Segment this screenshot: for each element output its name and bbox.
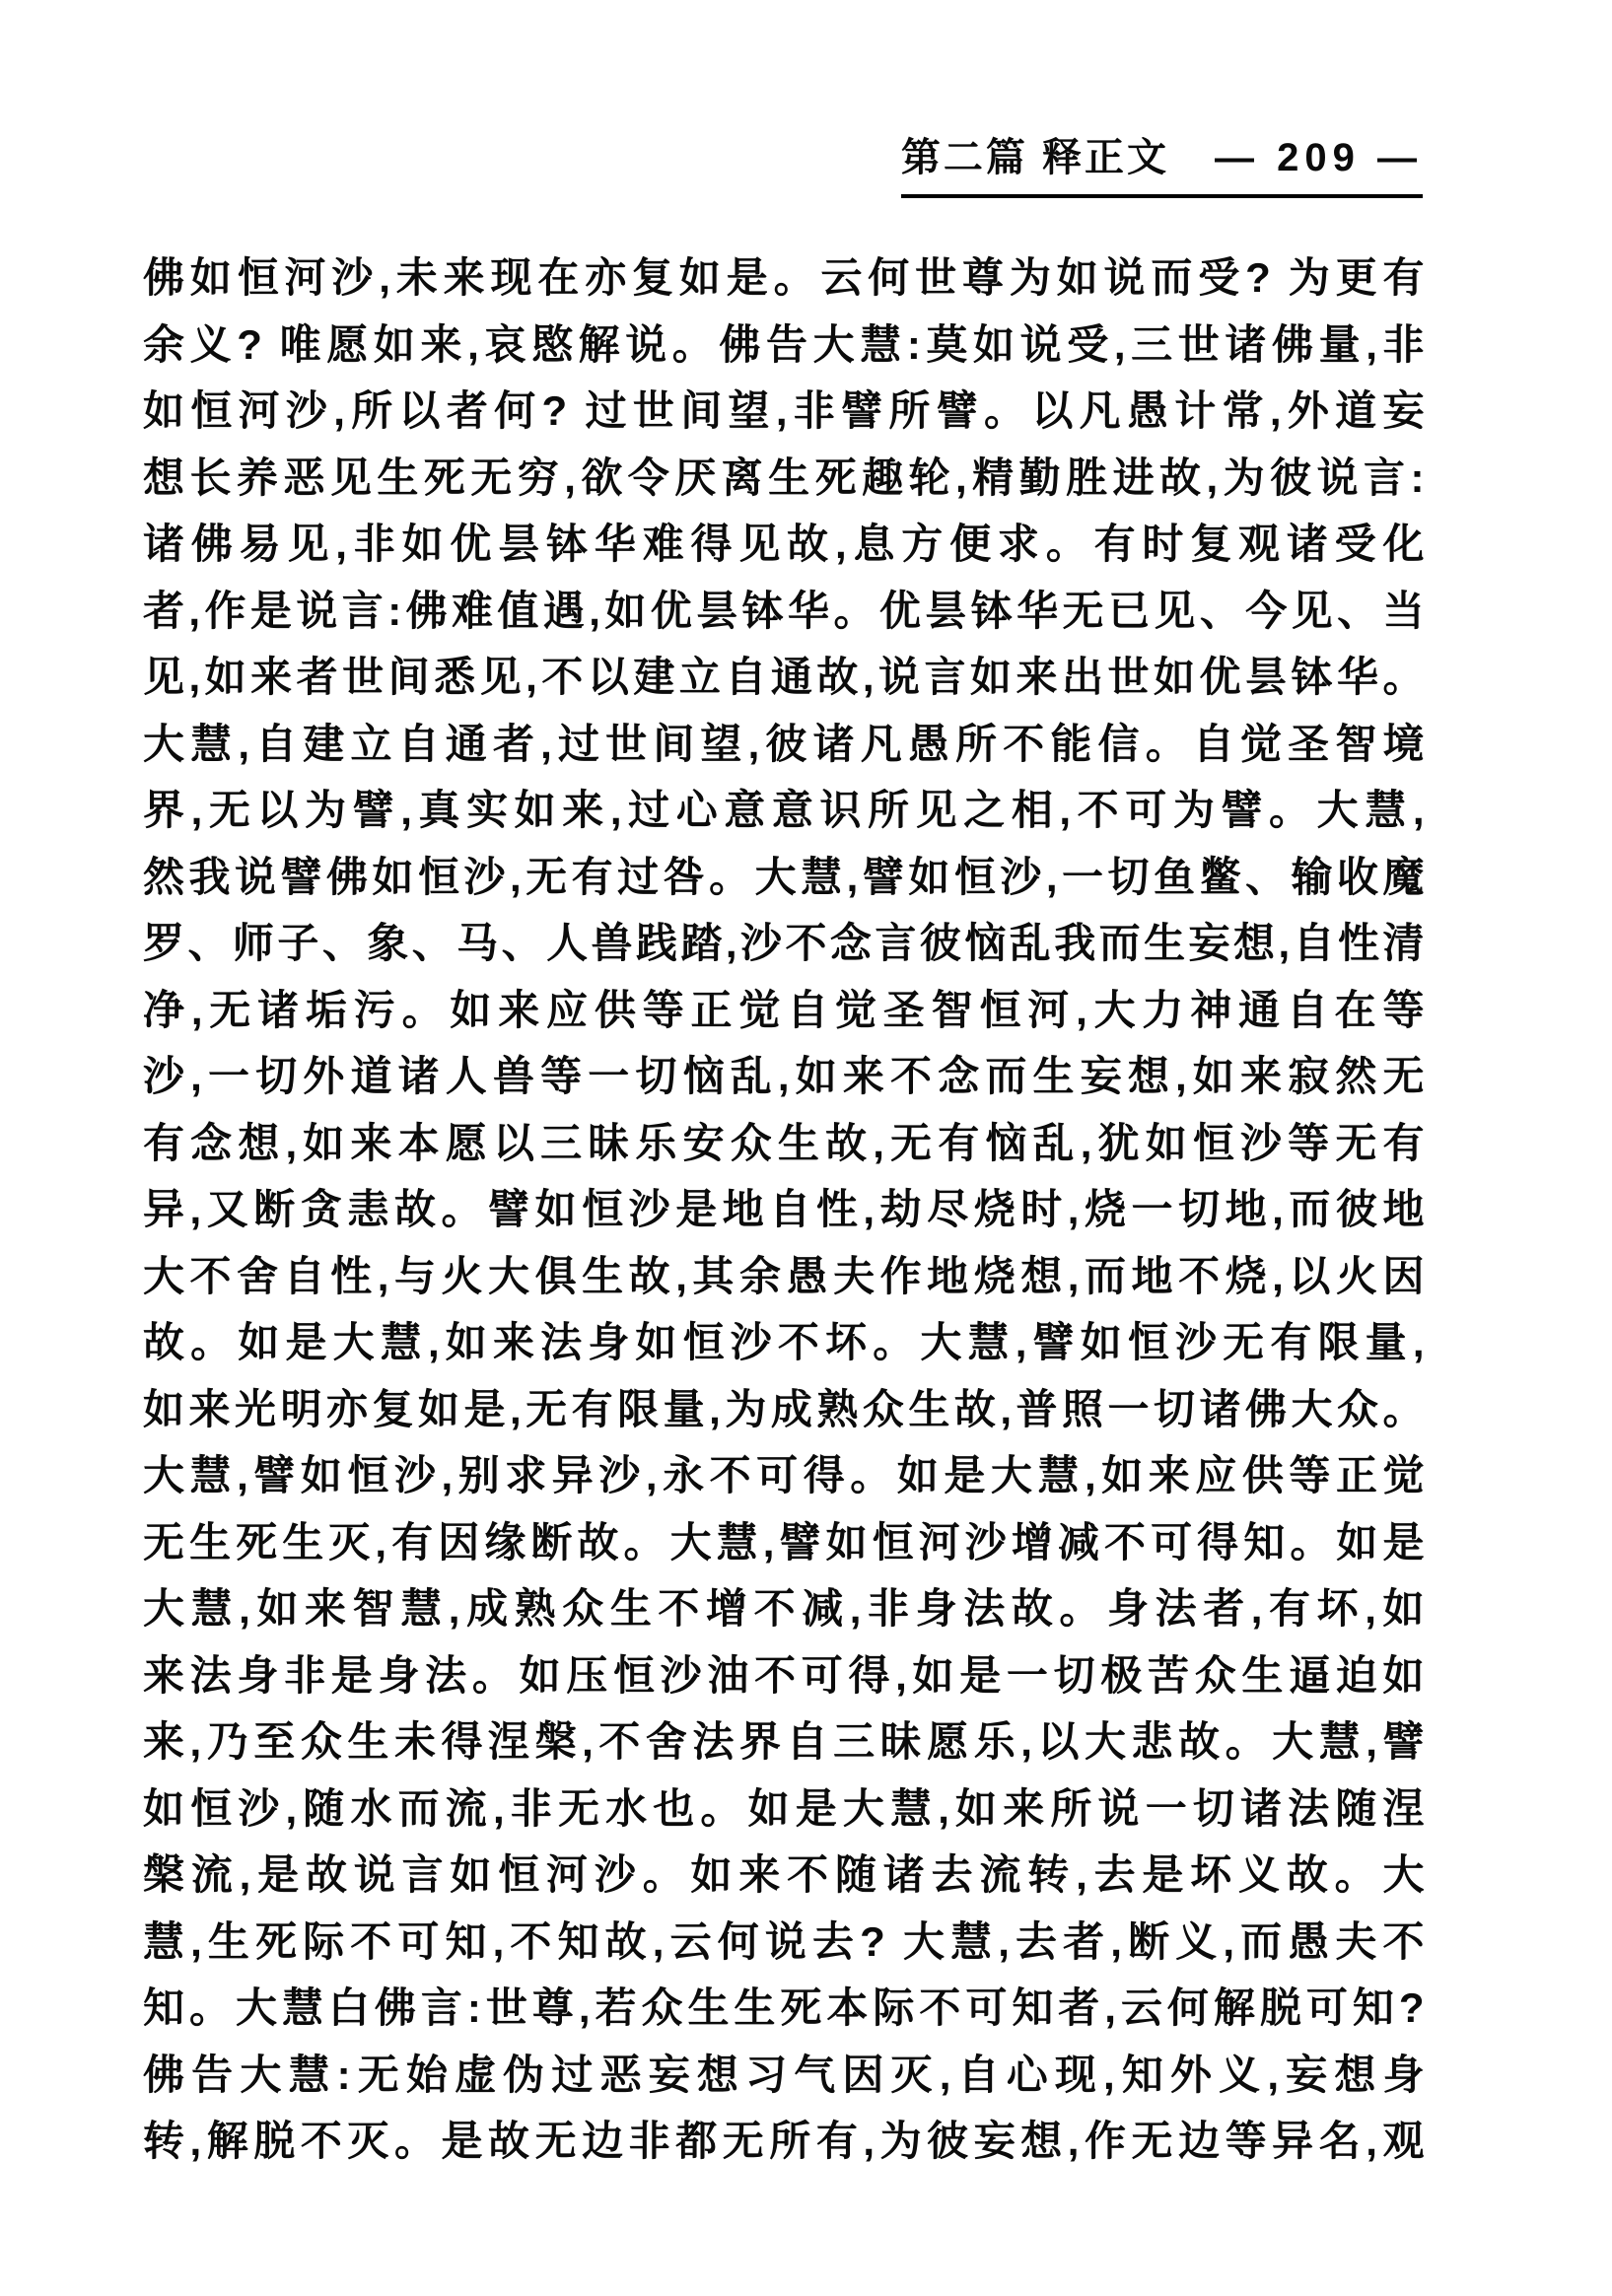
section-title: 第二篇 释正文 — [901, 136, 1169, 179]
text-line: 如恒河沙,所以者何? 过世间望,非譬所譬。以凡愚计常,外道妄 — [143, 378, 1425, 445]
text-line: 净,无诸垢污。如来应供等正觉自觉圣智恒河,大力神通自在等 — [143, 977, 1425, 1044]
text-line: 佛告大慧:无始虚伪过恶妄想习气因灭,自心现,知外义,妄想身 — [143, 2042, 1425, 2109]
text-line: 见,如来者世间悉见,不以建立自通故,说言如来出世如优昙钵华。 — [143, 644, 1425, 711]
text-line: 罗、师子、象、马、人兽践踏,沙不念言彼恼乱我而生妄想,自性清 — [143, 910, 1425, 977]
text-line: 诸佛易见,非如优昙钵华难得见故,息方便求。有时复观诸受化 — [143, 511, 1425, 578]
text-line: 佛如恒河沙,未来现在亦复如是。云何世尊为如说而受? 为更有 — [143, 244, 1425, 312]
page-number: — 209 — — [1215, 136, 1423, 179]
text-line: 大慧,如来智慧,成熟众生不增不减,非身法故。身法者,有坏,如 — [143, 1575, 1425, 1642]
text-line: 界,无以为譬,真实如来,过心意意识所见之相,不可为譬。大慧, — [143, 777, 1425, 844]
text-line: 大慧,譬如恒沙,别求异沙,永不可得。如是大慧,如来应供等正觉 — [143, 1442, 1425, 1509]
page-header: 第二篇 释正文— 209 — — [0, 126, 1423, 198]
text-line: 故。如是大慧,如来法身如恒沙不坏。大慧,譬如恒沙无有限量, — [143, 1309, 1425, 1376]
text-line: 有念想,如来本愿以三昧乐安众生故,无有恼乱,犹如恒沙等无有 — [143, 1110, 1425, 1177]
text-line: 大慧,自建立自通者,过世间望,彼诸凡愚所不能信。自觉圣智境 — [143, 711, 1425, 778]
text-line: 如来光明亦复如是,无有限量,为成熟众生故,普照一切诸佛大众。 — [143, 1376, 1425, 1443]
text-line: 来法身非是身法。如压恒沙油不可得,如是一切极苦众生逼迫如 — [143, 1642, 1425, 1709]
text-line: 来,乃至众生未得涅槃,不舍法界自三昧愿乐,以大悲故。大慧,譬 — [143, 1708, 1425, 1775]
text-line: 异,又断贪恚故。譬如恒沙是地自性,劫尽烧时,烧一切地,而彼地 — [143, 1176, 1425, 1243]
body-text-block: 佛如恒河沙,未来现在亦复如是。云何世尊为如说而受? 为更有 余义? 唯愿如来,哀… — [143, 244, 1425, 2175]
text-line: 大不舍自性,与火大俱生故,其余愚夫作地烧想,而地不烧,以火因 — [143, 1243, 1425, 1310]
book-page: 第二篇 释正文— 209 — 佛如恒河沙,未来现在亦复如是。云何世尊为如说而受?… — [0, 0, 1612, 2296]
text-line: 余义? 唯愿如来,哀愍解说。佛告大慧:莫如说受,三世诸佛量,非 — [143, 312, 1425, 379]
running-head: 第二篇 释正文— 209 — — [901, 126, 1423, 198]
text-line: 知。大慧白佛言:世尊,若众生生死本际不可知者,云何解脱可知? — [143, 1975, 1425, 2042]
text-line: 想长养恶见生死无穷,欲令厌离生死趣轮,精勤胜进故,为彼说言: — [143, 445, 1425, 512]
text-line: 转,解脱不灭。是故无边非都无所有,为彼妄想,作无边等异名,观 — [143, 2108, 1425, 2175]
text-line: 沙,一切外道诸人兽等一切恼乱,如来不念而生妄想,如来寂然无 — [143, 1043, 1425, 1110]
text-line: 如恒沙,随水而流,非无水也。如是大慧,如来所说一切诸法随涅 — [143, 1775, 1425, 1843]
text-line: 者,作是说言:佛难值遇,如优昙钵华。优昙钵华无已见、今见、当 — [143, 578, 1425, 645]
text-line: 无生死生灭,有因缘断故。大慧,譬如恒河沙增减不可得知。如是 — [143, 1509, 1425, 1576]
text-line: 槃流,是故说言如恒河沙。如来不随诸去流转,去是坏义故。大 — [143, 1842, 1425, 1909]
text-line: 慧,生死际不可知,不知故,云何说去? 大慧,去者,断义,而愚夫不 — [143, 1909, 1425, 1976]
text-line: 然我说譬佛如恒沙,无有过咎。大慧,譬如恒沙,一切鱼鳖、输收魔 — [143, 844, 1425, 911]
